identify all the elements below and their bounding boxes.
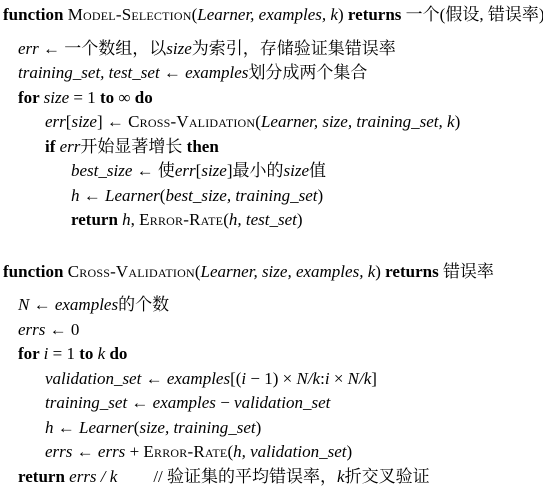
pseudocode-page: function Model-Selection(Learner, exampl… xyxy=(0,0,543,491)
code-segment-it: err xyxy=(45,112,66,131)
code-segment-it: h xyxy=(122,210,131,229)
code-segment-it: err xyxy=(60,137,81,156)
code-segment-kw: to xyxy=(100,88,118,107)
code-segment-pl: ] ← xyxy=(97,112,128,131)
code-segment-zh: 一个数组，以 xyxy=(64,39,166,58)
code-segment-pl: = 1 xyxy=(48,344,79,363)
code-segment-zh: 的个数 xyxy=(118,295,169,314)
code-segment-kw: function xyxy=(3,262,68,281)
code-segment-it: N/k xyxy=(348,369,372,388)
code-segment-it: Learner xyxy=(105,186,160,205)
code-segment-pl: ← xyxy=(127,393,153,412)
code-segment-zh: 折交叉验证 xyxy=(345,467,430,486)
code-segment-kw: returns xyxy=(348,5,406,24)
code-line: return h, Error-Rate(h, test_set) xyxy=(1,208,543,233)
code-line: validation_set ← examples[(i − 1) × N/k:… xyxy=(1,367,543,392)
code-segment-it: h, test_set xyxy=(229,210,297,229)
code-segment-pl: ) xyxy=(346,442,352,461)
function-block-model-selection: function Model-Selection(Learner, exampl… xyxy=(1,3,543,233)
code-line: h ← Learner(best_size, training_set) xyxy=(1,184,543,209)
code-segment-pl: ) xyxy=(375,262,385,281)
code-segment-sc: Error-Rate xyxy=(139,210,223,229)
pseudocode-panel: function Model-Selection(Learner, exampl… xyxy=(1,3,543,489)
code-segment-it: errs xyxy=(18,320,45,339)
code-segment-pl: ← xyxy=(141,369,167,388)
code-segment-sc: Cross-Validation xyxy=(128,112,255,131)
code-segment-kw: for xyxy=(18,344,44,363)
code-segment-zh: 使 xyxy=(158,161,175,180)
code-segment-it: Learner, examples, k xyxy=(197,5,338,24)
code-segment-zh: 错误率 xyxy=(443,262,494,281)
code-segment-kw: do xyxy=(109,344,127,363)
code-segment-pl: ← xyxy=(54,418,80,437)
code-line: training_set, test_set ← examples划分成两个集合 xyxy=(1,61,543,86)
code-segment-kw: return xyxy=(18,467,69,486)
code-segment-pl: ] xyxy=(371,369,377,388)
code-segment-pl: − xyxy=(216,393,234,412)
code-segment-kw: returns xyxy=(385,262,443,281)
code-segment-pl: ) xyxy=(297,210,303,229)
code-segment-it: examples xyxy=(167,369,230,388)
code-segment-kw: function xyxy=(3,5,68,24)
code-segment-pl: ← xyxy=(72,442,98,461)
code-segment-kw: then xyxy=(187,137,219,156)
code-segment-zh: 开始显著增长 xyxy=(80,137,186,156)
code-line: err[size] ← Cross-Validation(Learner, si… xyxy=(1,110,543,135)
code-segment-kw: return xyxy=(71,210,122,229)
code-segment-it: h, validation_set xyxy=(233,442,346,461)
code-segment-it: err xyxy=(175,161,196,180)
code-segment-pl: ) xyxy=(318,186,324,205)
code-segment-it: size, training_set xyxy=(139,418,255,437)
code-segment-it: err xyxy=(18,39,39,58)
code-segment-kw: if xyxy=(45,137,60,156)
code-segment-pl: ← xyxy=(80,186,106,205)
code-segment-pl: ) xyxy=(455,112,461,131)
code-line: for i = 1 to k do xyxy=(1,342,543,367)
code-segment-kw: to xyxy=(79,344,97,363)
code-segment-zh: 最小的 xyxy=(233,161,284,180)
code-segment-zh: 一个(假设, 错误率)对 xyxy=(406,5,543,24)
code-segment-pl: + xyxy=(125,442,143,461)
code-segment-pl: ← xyxy=(39,39,65,58)
code-segment-kw: for xyxy=(18,88,44,107)
code-segment-it: errs / k xyxy=(69,467,117,486)
code-segment-it: errs xyxy=(45,442,72,461)
code-segment-pl: , xyxy=(131,210,140,229)
code-segment-it: Learner xyxy=(79,418,134,437)
code-segment-pl: × xyxy=(330,369,348,388)
code-segment-sc: Cross-Validation xyxy=(68,262,195,281)
code-segment-it: size xyxy=(166,39,192,58)
code-line: h ← Learner(size, training_set) xyxy=(1,416,543,441)
code-line: best_size ← 使err[size]最小的size值 xyxy=(1,159,543,184)
code-segment-it: examples xyxy=(153,393,216,412)
code-segment-cmt: // xyxy=(153,467,167,486)
code-segment-pl: ← 0 xyxy=(45,320,79,339)
code-line: errs ← errs + Error-Rate(h, validation_s… xyxy=(1,440,543,465)
code-segment-it: h xyxy=(71,186,80,205)
code-segment-it: N/k xyxy=(297,369,321,388)
code-line: err ← 一个数组，以size为索引，存储验证集错误率 xyxy=(1,37,543,62)
code-segment-it: size xyxy=(71,112,97,131)
function-header-line: function Model-Selection(Learner, exampl… xyxy=(1,3,543,28)
code-line: return errs / k// 验证集的平均错误率，k折交叉验证 xyxy=(1,465,543,490)
code-segment-it: size xyxy=(44,88,70,107)
code-segment-it: errs xyxy=(98,442,125,461)
code-segment-it: examples xyxy=(185,63,248,82)
code-segment-pl: ← xyxy=(29,295,55,314)
code-line: if err开始显著增长 then xyxy=(1,135,543,160)
code-segment-it: best_size, training_set xyxy=(165,186,317,205)
code-line: N ← examples的个数 xyxy=(1,293,543,318)
code-segment-it: Learner, size, training_set, k xyxy=(261,112,455,131)
code-segment-pl: − 1) × xyxy=(246,369,296,388)
code-segment-pl: ) xyxy=(256,418,262,437)
code-segment-it: Learner, size, examples, k xyxy=(201,262,376,281)
code-line: errs ← 0 xyxy=(1,318,543,343)
code-segment-it: training_set xyxy=(45,393,127,412)
code-segment-it: examples xyxy=(55,295,118,314)
code-segment-kw: do xyxy=(135,88,153,107)
code-segment-zh: 验证集的平均错误率， xyxy=(167,467,337,486)
code-segment-it: training_set, test_set xyxy=(18,63,160,82)
code-line: training_set ← examples − validation_set xyxy=(1,391,543,416)
code-segment-it: k xyxy=(337,467,345,486)
code-segment-it: h xyxy=(45,418,54,437)
code-segment-zh: 为索引，存储验证集错误率 xyxy=(192,39,396,58)
function-header-line: function Cross-Validation(Learner, size,… xyxy=(1,260,543,285)
code-segment-sc: Model-Selection xyxy=(68,5,192,24)
code-segment-zh: 划分成两个集合 xyxy=(248,63,367,82)
code-segment-sc: Error-Rate xyxy=(143,442,227,461)
code-segment-pl: ← xyxy=(132,161,158,180)
code-segment-it: size xyxy=(201,161,227,180)
code-segment-pl: ← xyxy=(160,63,186,82)
code-segment-pl: = 1 xyxy=(69,88,100,107)
code-line: for size = 1 to ∞ do xyxy=(1,86,543,111)
code-segment-pl: [( xyxy=(230,369,241,388)
code-segment-it: validation_set xyxy=(234,393,330,412)
function-block-cross-validation: function Cross-Validation(Learner, size,… xyxy=(1,260,543,490)
code-segment-it: size xyxy=(284,161,310,180)
code-segment-it: best_size xyxy=(71,161,132,180)
code-segment-it: N xyxy=(18,295,29,314)
code-segment-zh: 值 xyxy=(309,161,326,180)
code-segment-pl: ) xyxy=(338,5,348,24)
code-segment-it: validation_set xyxy=(45,369,141,388)
code-segment-pl: ∞ xyxy=(118,88,134,107)
